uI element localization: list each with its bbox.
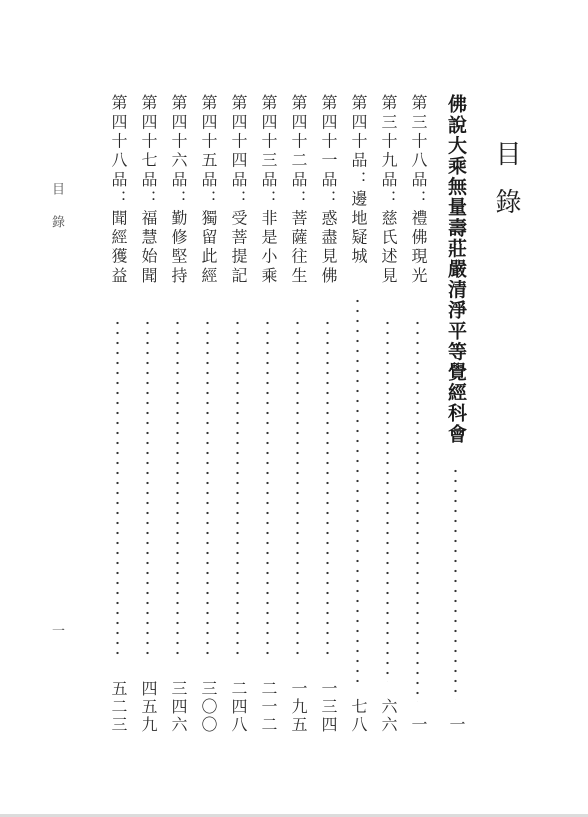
dot-leader: [386, 318, 389, 682]
toc-entry-label: 第四十一品：惑盡見佛: [316, 94, 340, 286]
toc-entry-label: 第三十九品：慈氏述見: [376, 94, 400, 286]
toc-entry-label: 第四十四品：受菩提記: [226, 94, 250, 286]
dot-leader: [176, 318, 179, 658]
toc-entry[interactable]: 第四十一品：惑盡見佛 一三四: [316, 94, 340, 734]
dot-leader: [296, 318, 299, 658]
dot-leader: [146, 318, 149, 658]
toc-entry-page: 三四六: [166, 680, 190, 734]
toc-entry-label: 第四十三品：非是小乘: [256, 94, 280, 286]
toc-entry[interactable]: 第四十四品：受菩提記 二四八: [226, 94, 250, 734]
toc-entry[interactable]: 第三十九品：慈氏述見 六六: [376, 94, 400, 734]
toc-entry-page: 七八: [346, 698, 370, 734]
toc-title-label: 佛說大乘無量壽莊嚴清淨平等覺經科會: [444, 94, 468, 444]
dot-leader: [266, 318, 269, 658]
toc-entry[interactable]: 第三十八品：禮佛現光 一: [406, 94, 430, 734]
dot-leader: [116, 318, 119, 658]
toc-entry[interactable]: 第四十六品：勤修堅持 三四六: [166, 94, 190, 734]
toc-entry-page: 五二三: [106, 680, 130, 734]
toc-entry[interactable]: 第四十品：邊地疑城 七八: [346, 94, 370, 734]
toc-entry-page: 四五九: [136, 680, 160, 734]
running-head: 目錄: [47, 182, 66, 248]
toc-entry[interactable]: 第四十七品：福慧始聞 四五九: [136, 94, 160, 734]
page-folio: 一: [52, 620, 65, 639]
toc-title-page: 一: [444, 716, 468, 734]
toc-entry-label: 第四十品：邊地疑城: [346, 94, 370, 267]
toc-entry-page: 三〇〇: [196, 680, 220, 734]
toc-entry-page: 一九五: [286, 680, 310, 734]
toc-entry[interactable]: 第四十三品：非是小乘 二一二: [256, 94, 280, 734]
toc-entry-page: 二一二: [256, 680, 280, 734]
toc-entry-page: 一三四: [316, 680, 340, 734]
toc-entry-page: 一: [406, 716, 430, 734]
dot-leader: [454, 466, 457, 700]
toc-entry-page: 二四八: [226, 680, 250, 734]
dot-leader: [206, 318, 209, 658]
toc-title-entry[interactable]: 佛說大乘無量壽莊嚴清淨平等覺經科會 一: [444, 94, 468, 734]
toc-entry-label: 第四十八品：聞經獲益: [106, 94, 130, 286]
toc-entry-label: 第四十六品：勤修堅持: [166, 94, 190, 286]
toc-entry-label: 第四十二品：菩薩往生: [286, 94, 310, 286]
toc-entry-label: 第四十五品：獨留此經: [196, 94, 220, 286]
toc-entry[interactable]: 第四十二品：菩薩往生 一九五: [286, 94, 310, 734]
dot-leader: [356, 296, 359, 682]
toc-entry-page: 六六: [376, 698, 400, 734]
dot-leader: [416, 318, 419, 702]
toc-heading: 目錄: [488, 140, 525, 236]
toc-entry[interactable]: 第四十八品：聞經獲益 五二三: [106, 94, 130, 734]
dot-leader: [326, 318, 329, 658]
dot-leader: [236, 318, 239, 658]
toc-entry-label: 第三十八品：禮佛現光: [406, 94, 430, 286]
toc-entry-label: 第四十七品：福慧始聞: [136, 94, 160, 286]
toc-entry[interactable]: 第四十五品：獨留此經 三〇〇: [196, 94, 220, 734]
